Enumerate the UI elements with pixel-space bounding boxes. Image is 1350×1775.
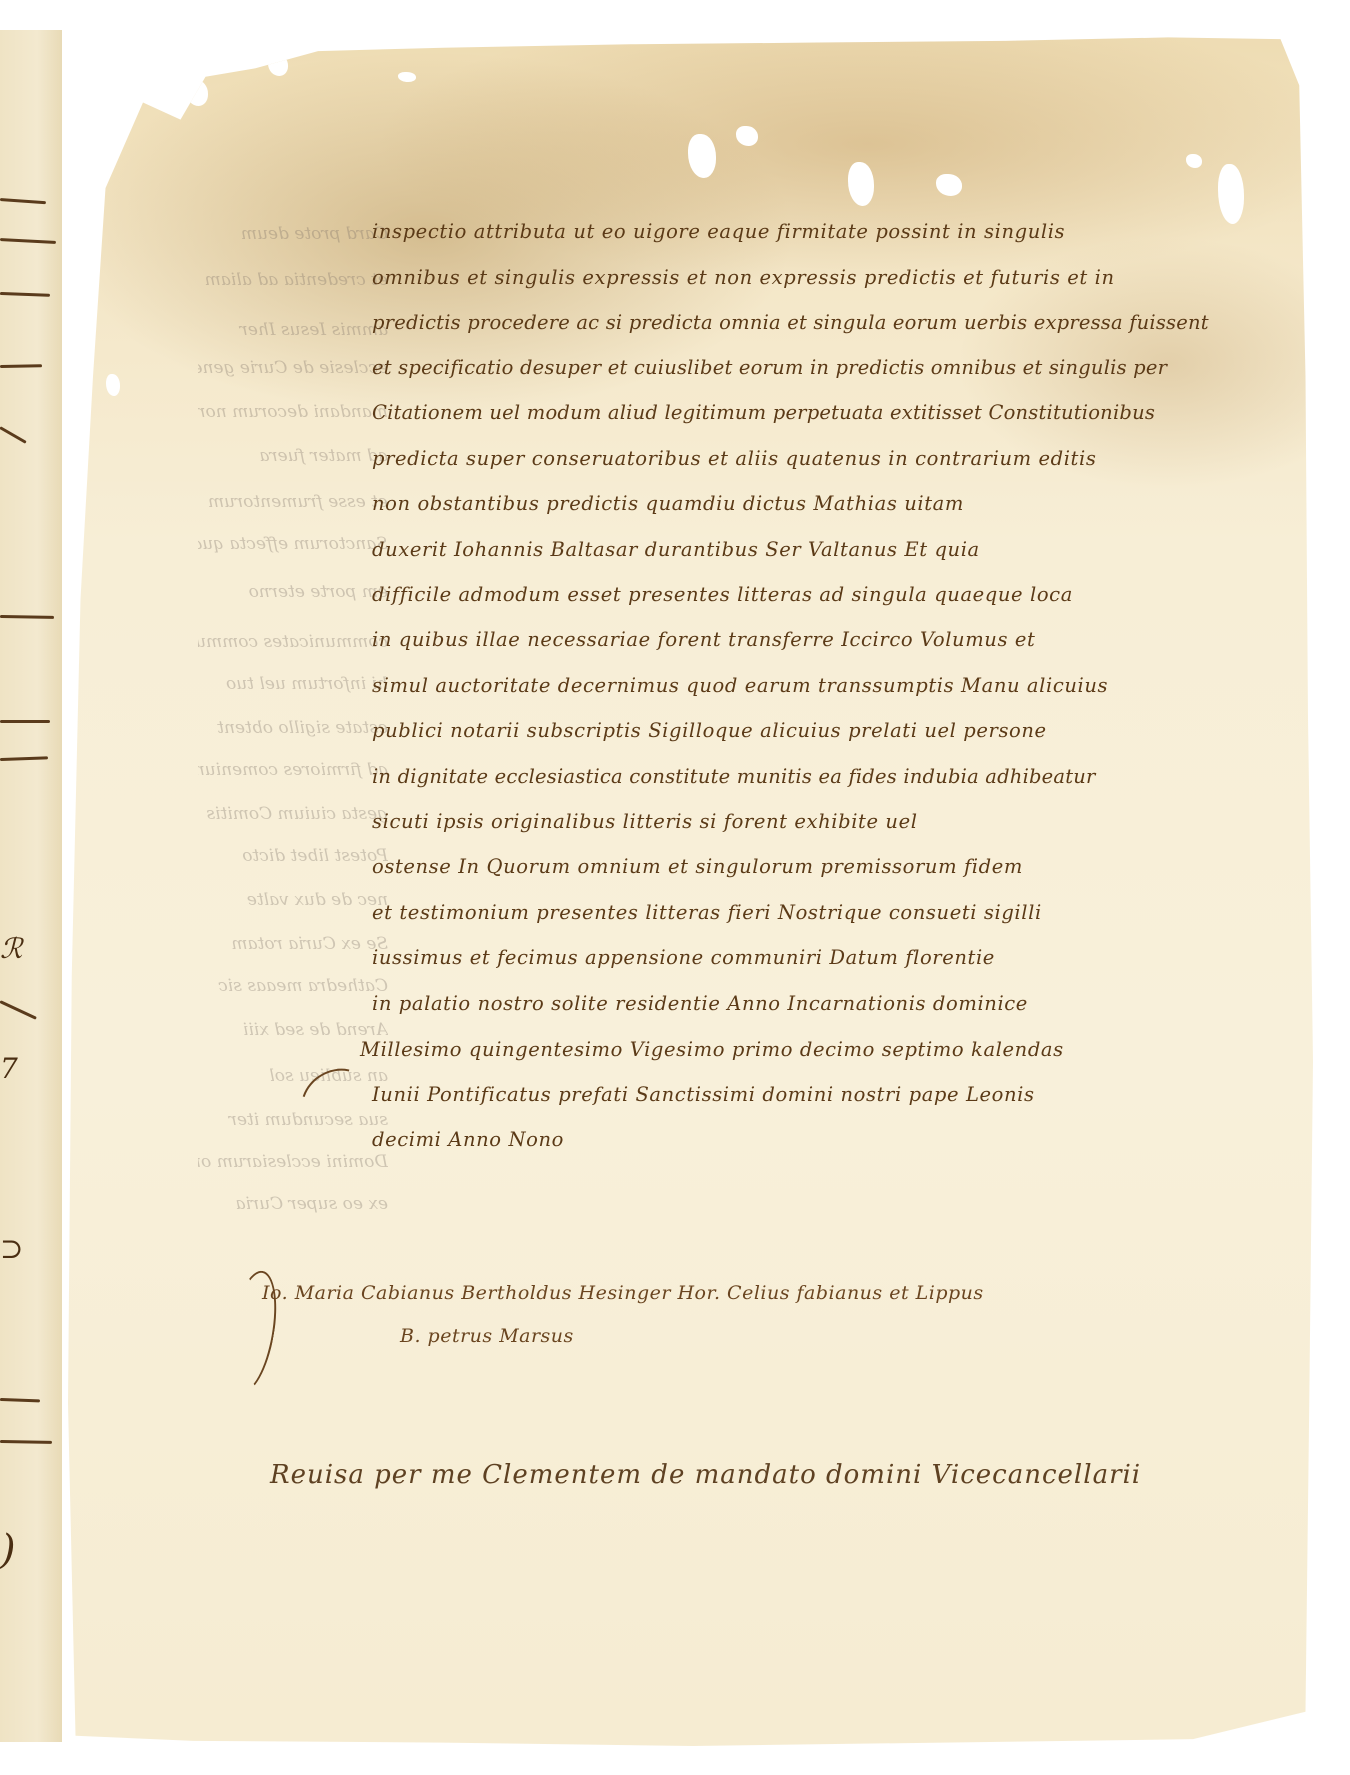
bleed-through-text: Sanctorum effecta quae xyxy=(198,534,388,554)
manuscript-line-6: predicta super conseruatoribus et aliis … xyxy=(372,449,1302,469)
manuscript-line-19: Millesimo quingentesimo Vigesimo primo d… xyxy=(360,1040,1290,1060)
ink-fragment: ⊃ xyxy=(0,1235,23,1263)
bleed-through-text: Card prote deum xyxy=(198,224,388,244)
bleed-through-text: gesta ciuium Comitis xyxy=(198,804,388,824)
manuscript-line-14: sicuti ipsis originalibus litteris si fo… xyxy=(372,812,1302,832)
manuscript-line-21: decimi Anno Nono xyxy=(372,1130,1302,1150)
ink-fragment xyxy=(0,426,27,444)
manuscript-line-13: in dignitate ecclesiastica constitute mu… xyxy=(372,767,1302,787)
manuscript-line-8: duxerit Iohannis Baltasar durantibus Ser… xyxy=(372,540,1302,560)
bleed-through-text: et esse frumentorum xyxy=(198,492,388,512)
bleed-through-text: communicates communicat xyxy=(198,632,388,652)
signature-line-1: Io. Maria Cabianus Bertholdus Hesinger H… xyxy=(262,1282,984,1304)
manuscript-line-15: ostense In Quorum omnium et singulorum p… xyxy=(372,857,1302,877)
manuscript-line-18: in palatio nostro solite residentie Anno… xyxy=(372,994,1302,1014)
manuscript-line-3: predictis procedere ac si predicta omnia… xyxy=(372,313,1302,333)
ink-fragment xyxy=(0,1440,52,1444)
bleed-through-text: em porte eterno xyxy=(198,582,388,602)
manuscript-line-7: non obstantibus predictis quamdiu dictus… xyxy=(372,494,1302,514)
bleed-through-text: ecclesie de Curie genera xyxy=(198,358,388,378)
bleed-through-text: mandani decorum norum xyxy=(198,402,388,422)
bleed-through-text: ad firmiores comenium xyxy=(198,760,388,780)
ink-fragment: 7 xyxy=(0,1055,18,1083)
ink-fragment: ℛ xyxy=(0,935,22,963)
ink-fragment xyxy=(0,1398,40,1402)
manuscript-line-10: in quibus illae necessariae forent trans… xyxy=(372,630,1302,650)
manuscript-line-2: omnibus et singulis expressis et non exp… xyxy=(372,268,1302,288)
manuscript-line-12: publici notarii subscriptis Sigilloque a… xyxy=(372,721,1302,741)
bleed-through-text: hi infortum uel tuo xyxy=(198,674,388,694)
manuscript-line-1: inspectio attributa ut eo uigore eaque f… xyxy=(372,222,1302,242)
bleed-through-text: Se ex Curia rotam xyxy=(198,934,388,954)
damage-hole xyxy=(1218,164,1244,224)
bleed-through-text: Cathedra meaas sic xyxy=(198,976,388,996)
bleed-through-text: estate sigillo obtent xyxy=(198,718,388,738)
bleed-through-text: Domini ecclesiarum ordi xyxy=(198,1152,388,1172)
ink-fragment xyxy=(0,720,50,723)
bleed-through-text: ex eo super Curia xyxy=(198,1194,388,1214)
damage-hole xyxy=(268,54,288,76)
adjacent-page-edge: ℛ 7 ⊃ ) xyxy=(0,30,63,1742)
manuscript-line-17: iussimus et fecimus appensione communiri… xyxy=(372,948,1302,968)
manuscript-line-4: et specificatio desuper et cuiuslibet eo… xyxy=(372,358,1302,378)
manuscript-line-20: Iunii Pontificatus prefati Sanctissimi d… xyxy=(372,1085,1302,1105)
ink-fragment xyxy=(0,615,54,619)
damage-hole xyxy=(398,72,416,82)
ink-fragment xyxy=(0,1000,37,1020)
manuscript-line-5: Citationem uel modum aliud legitimum per… xyxy=(372,403,1302,423)
ink-fragment xyxy=(0,364,42,368)
damage-hole xyxy=(186,80,208,106)
signature-line-2: B. petrus Marsus xyxy=(400,1325,574,1347)
damage-hole xyxy=(848,162,874,206)
damage-hole xyxy=(116,94,142,108)
damage-hole xyxy=(736,126,758,146)
manuscript-line-9: difficile admodum esset presentes litter… xyxy=(372,585,1302,605)
ink-fragment: ) xyxy=(0,1530,16,1570)
ink-fragment xyxy=(0,756,48,761)
ink-fragment xyxy=(0,292,50,297)
manuscript-line-11: simul auctoritate decernimus quod earum … xyxy=(372,676,1302,696)
damage-hole xyxy=(1186,154,1202,168)
manuscript-line-16: et testimonium presentes litteras fieri … xyxy=(372,903,1302,923)
bleed-through-text: Arend de sed xiii xyxy=(198,1020,388,1040)
damage-hole xyxy=(106,374,120,396)
bleed-through-text: Potest libet dicto xyxy=(198,846,388,866)
bleed-through-text: nec de dux valte xyxy=(198,890,388,910)
registration-note: Reuisa per me Clementem de mandato domin… xyxy=(270,1460,1141,1490)
damage-hole xyxy=(936,174,962,196)
damage-hole xyxy=(688,134,716,178)
bleed-through-text: ad mater fuera xyxy=(198,446,388,466)
bleed-through-text: ammis Iesus Iher xyxy=(198,320,388,340)
bleed-through-text: et credentia ad aliam xyxy=(198,270,388,290)
ink-fragment xyxy=(0,238,56,244)
ink-fragment xyxy=(0,198,46,204)
